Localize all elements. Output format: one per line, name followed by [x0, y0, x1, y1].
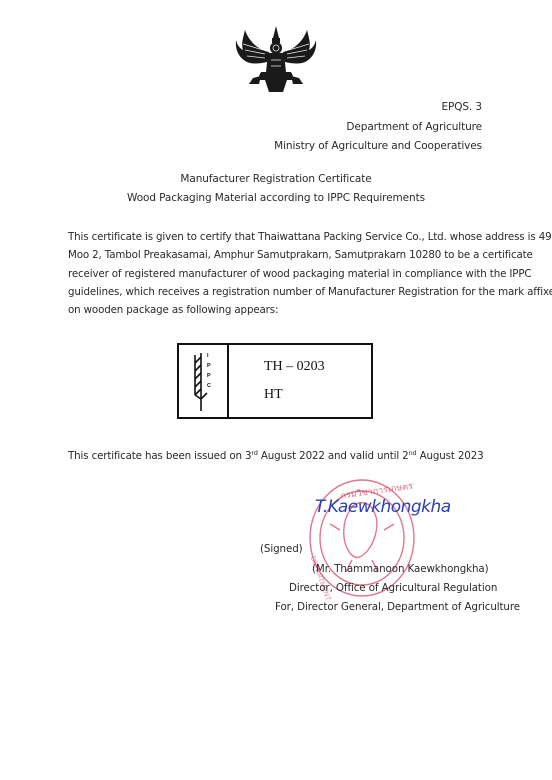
body-line: This certificate is given to certify tha… [68, 231, 552, 243]
treatment-code: HT [264, 387, 283, 403]
svg-text:P: P [207, 363, 211, 369]
ministry-name: Ministry of Agriculture and Cooperatives [274, 140, 482, 152]
signatory-name: (Mr. Thammanoon Kaewkhongkha) [312, 563, 489, 575]
body-line: guidelines, which receives a registratio… [68, 286, 552, 298]
certificate-subtitle: Wood Packaging Material according to IPP… [0, 192, 552, 204]
ippc-mark-box: I P P C TH – 0203 HT [177, 343, 373, 419]
signed-label: (Signed) [260, 543, 303, 555]
signatory-position: Director, Office of Agricultural Regulat… [289, 582, 497, 594]
body-line: on wooden package as following appears: [68, 304, 278, 316]
ippc-logo-cell: I P P C [179, 345, 229, 417]
svg-text:C: C [207, 383, 211, 389]
registration-code: TH – 0203 [264, 359, 325, 375]
body-line: receiver of registered manufacturer of w… [68, 268, 531, 280]
svg-text:P: P [207, 373, 211, 379]
body-line: Moo 2, Tambol Preakasamai, Amphur Samutp… [68, 249, 533, 261]
department-name: Department of Agriculture [346, 121, 482, 133]
ippc-wheat-logo-icon: I P P C [179, 345, 225, 417]
signatory-for-line: For, Director General, Department of Agr… [275, 601, 520, 613]
svg-text:I: I [207, 353, 209, 359]
issue-text: This certificate has been issued on 3 [68, 450, 251, 462]
valid-ordinal: nd [409, 449, 417, 457]
garuda-emblem-icon [231, 20, 321, 98]
form-code: EPQS. 3 [441, 101, 482, 113]
handwritten-signature: T.Kaewkhongkha [315, 497, 451, 517]
certificate-title: Manufacturer Registration Certificate [0, 173, 552, 185]
official-stamp-icon: กรมวิชาการเกษตร DEPARTMENT [300, 460, 450, 620]
